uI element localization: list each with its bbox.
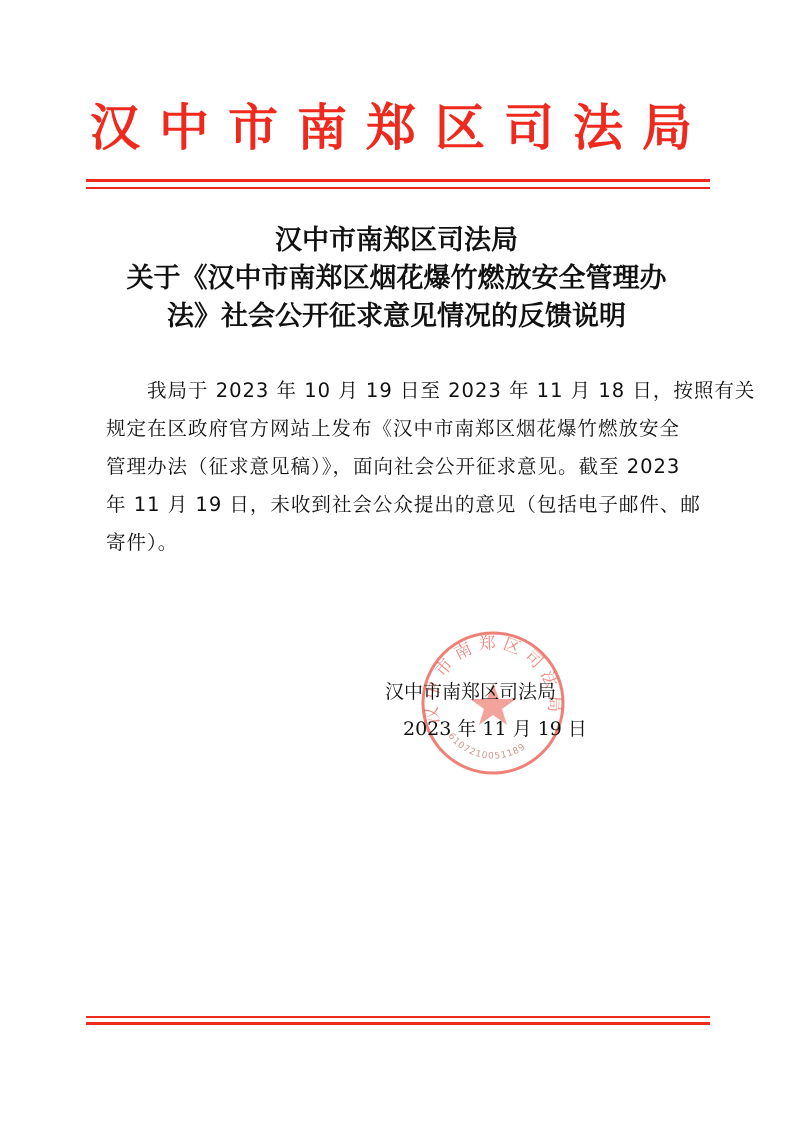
masthead-title: 汉中市南郑区司法局 — [88, 98, 713, 158]
footer-rule-thick — [86, 1022, 710, 1025]
footer-rule-thin — [86, 1016, 710, 1018]
masthead-rule-thick — [86, 179, 710, 182]
body-line-4: 年 11 月 19 日，未收到社会公众提出的意见（包括电子邮件、邮 — [106, 486, 698, 524]
body-line-1: 我局于 2023 年 10 月 19 日至 2023 年 11 月 18 日，按… — [106, 372, 698, 410]
title-line-3: 法》社会公开征求意见情况的反馈说明 — [90, 298, 703, 336]
title-line-2: 关于《汉中市南郑区烟花爆竹燃放安全管理办 — [90, 260, 703, 298]
masthead-rule-thin — [86, 187, 710, 189]
body-line-5: 寄件）。 — [106, 524, 698, 562]
signature-organization: 汉中市南郑区司法局 — [385, 677, 556, 704]
body-line-2: 规定在区政府官方网站上发布《汉中市南郑区烟花爆竹燃放安全 — [106, 410, 698, 448]
title-line-1: 汉中市南郑区司法局 — [90, 222, 703, 260]
body-line-3: 管理办法（征求意见稿）》，面向社会公开征求意见。截至 2023 — [106, 448, 698, 486]
signature-date: 2023 年 11 月 19 日 — [403, 714, 587, 741]
